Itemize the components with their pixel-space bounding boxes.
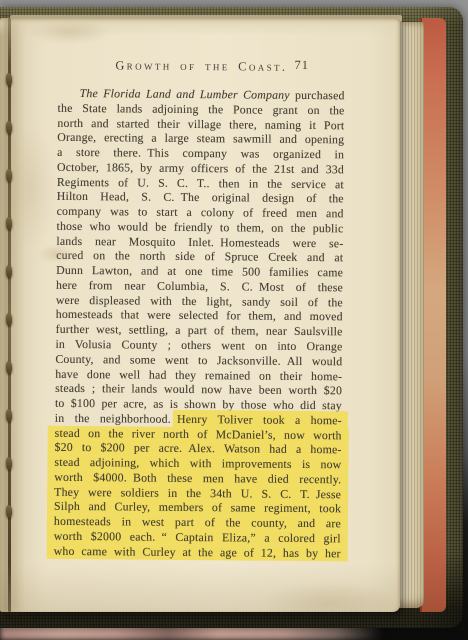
- text-segment: cured on the north side of Spruce Creek …: [56, 248, 343, 265]
- text-segment: Silph and Curley, members of same regime…: [54, 499, 341, 516]
- page-number: 71: [294, 58, 309, 73]
- stitch-thread: [6, 457, 13, 470]
- text-segment: Regiments of U. S. C. T.. then in the se…: [57, 174, 344, 191]
- text-line: who came with Curley at the age of 12, h…: [47, 543, 348, 560]
- text-segment: in the neighborhood.: [55, 411, 177, 426]
- stitch-thread: [6, 73, 13, 86]
- stitch-thread: [6, 505, 13, 518]
- text-segment: Dunn Lawton, and at one time 500 familie…: [56, 263, 343, 280]
- page-content: Growth of the Coast. 71 The Florida Land…: [54, 56, 345, 561]
- running-header: Growth of the Coast.: [115, 58, 287, 74]
- text-segment: further west, settling, a part of them, …: [56, 322, 343, 339]
- text-segment: They were soldiers in the 34th U. S. C. …: [54, 484, 341, 501]
- text-segment: here from near Columbia, S. C. Most of t…: [56, 278, 343, 295]
- book-photo: Growth of the Coast. 71 The Florida Land…: [0, 0, 468, 640]
- text-segment: worth $2000 each. “ Captain Eliza,” a co…: [54, 529, 341, 546]
- text-segment: those who would be friendly to them, on …: [56, 219, 343, 236]
- text-segment: homesteads that were selected for them, …: [56, 307, 343, 324]
- page-header: Growth of the Coast. 71: [58, 56, 345, 74]
- book-page: Growth of the Coast. 71 The Florida Land…: [0, 18, 400, 612]
- text-segment: County, and some went to Jacksonville. A…: [55, 352, 342, 369]
- stitch-thread: [6, 409, 13, 422]
- text-segment: company was to start a colony of freed m…: [57, 204, 344, 221]
- stitch-thread: [6, 313, 13, 326]
- text-segment: homesteads in west part of the county, a…: [54, 514, 341, 531]
- text-segment: north and started their village there, n…: [57, 115, 344, 132]
- stitch-thread: [6, 265, 13, 278]
- text-segment: the State lands adjoining the Ponce gran…: [57, 101, 344, 118]
- text-segment: purchased: [290, 88, 345, 102]
- text-segment: Hilton Head, S. C. The original design o…: [57, 189, 344, 206]
- page-text: The Florida Land and Lumber Company purc…: [54, 86, 345, 561]
- text-segment: a store there. This company was organize…: [57, 145, 344, 162]
- text-segment: $20 to $200 per acre. Alex. Watson had a…: [55, 440, 342, 457]
- stitch-thread: [6, 121, 13, 134]
- text-segment: lands near Mosquito Inlet. Homesteads we…: [56, 233, 343, 250]
- text-segment: were displeased with the light, sandy so…: [56, 293, 343, 310]
- text-segment: who came with Curley at the age of 12, h…: [54, 544, 341, 561]
- text-segment: worth $4000. Both these men have died re…: [54, 470, 341, 487]
- stitch-thread: [6, 169, 13, 182]
- text-segment: have done well had they remained on thei…: [55, 366, 342, 383]
- text-segment: in Volusia County ; others went on into …: [55, 337, 342, 354]
- stitch-thread: [6, 217, 13, 230]
- text-segment: Orange, erecting a large steam sawmill a…: [57, 130, 344, 147]
- text-segment: The Florida Land and Lumber Company: [80, 86, 290, 102]
- text-segment: stead adjoining, which with improvements…: [54, 455, 341, 472]
- stitch-thread: [6, 361, 13, 374]
- text-segment: October, 1865, by army officers of the 2…: [57, 160, 344, 177]
- text-segment: stead on the river north of McDaniel’s, …: [55, 425, 342, 442]
- text-segment: steads ; their lands would now have been…: [55, 381, 342, 398]
- binding-stitches: [2, 18, 18, 612]
